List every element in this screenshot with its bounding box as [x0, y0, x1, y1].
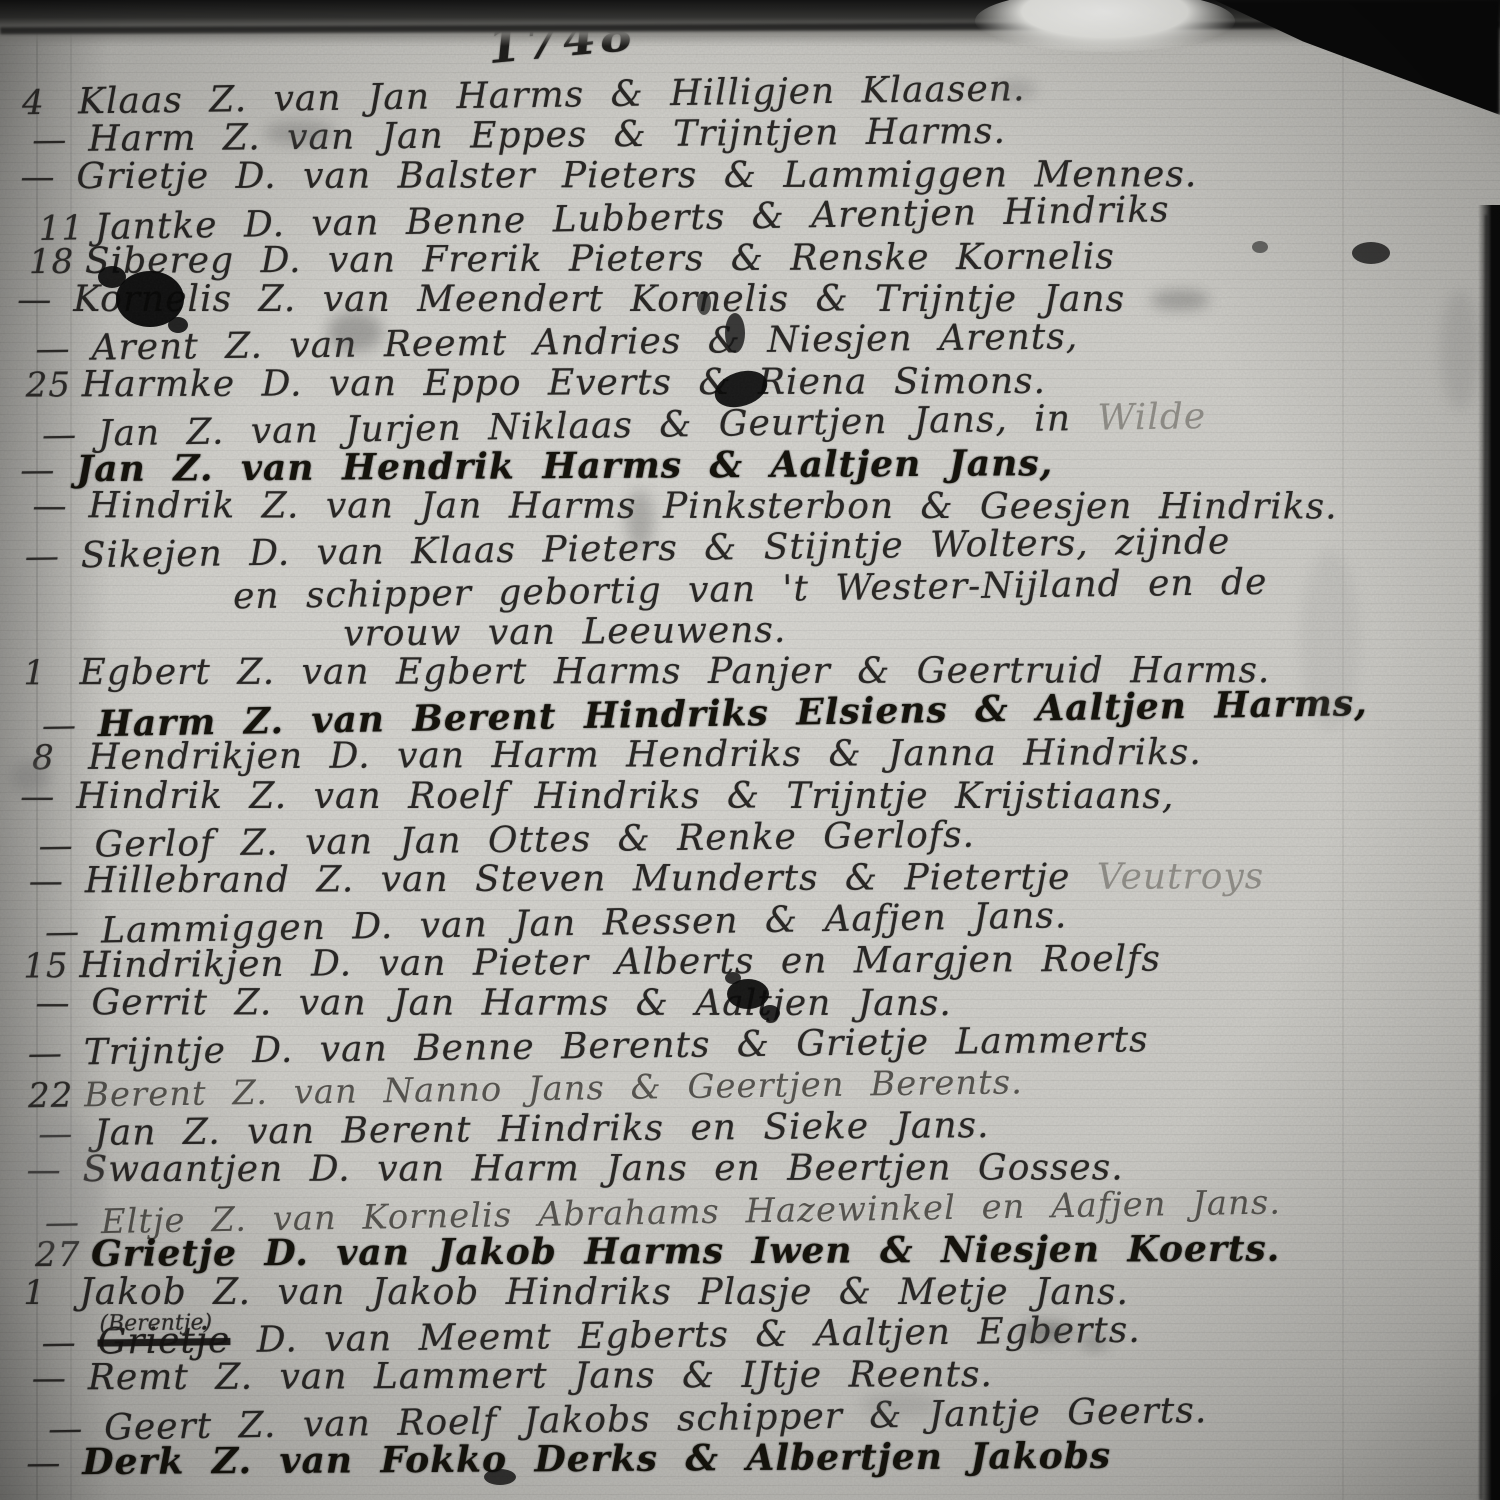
- entry-text: Derk Z. van Fokko Derks & Albertjen Jako…: [82, 1436, 1111, 1483]
- entry-text: Jan Z. van Hendrik Harms & Aaltjen Jans,: [76, 443, 1053, 490]
- entry-text: Hindrik Z. van Jan Harms Pinksterbon & G…: [88, 485, 1337, 527]
- margin-day-number: 1: [23, 1273, 79, 1314]
- margin-day-number: 22: [28, 1076, 85, 1118]
- margin-day-number: —: [32, 1358, 88, 1400]
- entry-text-segment: Wilde: [1097, 396, 1206, 439]
- entry-text: Kornelis Z. van Meendert Kornelis & Trij…: [73, 279, 1125, 320]
- entry-text-segment: Kornelis Z. van Meendert Kornelis & Trij…: [73, 279, 1125, 320]
- margin-day-number: —: [32, 486, 88, 527]
- register-entry: 18Sibereg D. van Frerik Pieters & Renske…: [29, 234, 1499, 282]
- entry-list: 4Klaas Z. van Jan Harms & Hilligjen Klaa…: [22, 67, 1500, 1483]
- entry-text-segment: Remt Z. van Lammert Jans & IJtje Reents.: [88, 1354, 993, 1398]
- entry-text: Harmke D. van Eppo Everts & Riena Simons…: [82, 361, 1046, 405]
- entry-text-segment: Harmke D. van Eppo Everts & Riena Simons…: [82, 361, 1046, 405]
- margin-day-number: 1: [23, 654, 79, 696]
- entry-text-segment: Hindrik Z. van Jan Harms Pinksterbon & G…: [88, 485, 1337, 527]
- register-entry: 8Hendrikjen D. van Harm Hendriks & Janna…: [32, 731, 1500, 779]
- margin-day-number: —: [29, 862, 85, 904]
- entry-text-segment: Hillebrand Z. van Steven Munderts & Piet…: [85, 857, 1097, 902]
- register-entry: 27Grietje D. van Jakob Harms Iwen & Nies…: [35, 1228, 1500, 1276]
- margin-day-number: 25: [26, 365, 82, 407]
- entry-text: Hindrikjen D. van Pieter Alberts en Marg…: [79, 939, 1161, 987]
- entry-text-segment: Hindrikjen D. van Pieter Alberts en Marg…: [79, 939, 1161, 987]
- entry-text-segment: Hendrikjen D. van Harm Hendriks & Janna …: [88, 732, 1202, 778]
- entry-text-segment: Gerrit Z. van Jan Harms & Aaltjen Jans.: [92, 982, 952, 1024]
- margin-day-number: —: [20, 157, 76, 199]
- entry-text: vrouw van Leeuwens.: [343, 610, 786, 655]
- entry-text: Hindrik Z. van Roelf Hindriks & Trijntje…: [76, 776, 1174, 817]
- margin-day-number: —: [27, 1150, 83, 1192]
- entry-text: Jakob Z. van Jakob Hindriks Plasje & Met…: [79, 1272, 1129, 1313]
- entry-text-segment: Grietje D. van Jakob Harms Iwen & Niesje…: [91, 1228, 1280, 1275]
- entry-text-segment: Sibereg D. van Frerik Pieters & Renske K…: [85, 236, 1115, 281]
- margin-day-number: —: [36, 983, 92, 1024]
- entry-text: Harm Z. van Jan Eppes & Trijntjen Harms.: [88, 111, 1006, 160]
- register-entry: 15Hindrikjen D. van Pieter Alberts en Ma…: [23, 937, 1493, 987]
- year-heading: 1748: [485, 6, 640, 75]
- margin-day-number: 18: [29, 241, 85, 283]
- entry-text-segment: Derk Z. van Fokko Derks & Albertjen Jako…: [82, 1435, 1111, 1483]
- entry-text: Swaantjen D. van Harm Jans en Beertjen G…: [83, 1147, 1124, 1190]
- entry-text: Sibereg D. van Frerik Pieters & Renske K…: [85, 236, 1115, 281]
- margin-day-number: —: [20, 777, 76, 818]
- margin-day-number: —: [28, 1033, 85, 1075]
- scanned-register-photo: 1748 4Klaas Z. van Jan Harms & Hilligjen…: [0, 0, 1500, 1500]
- entry-text: Jan Z. van Berent Hindriks en Sieke Jans…: [94, 1105, 989, 1154]
- entry-text-segment: vrouw van Leeuwens.: [343, 610, 786, 655]
- margin-day-number: —: [25, 537, 82, 579]
- register-entry: —Derk Z. van Fokko Derks & Albertjen Jak…: [26, 1433, 1496, 1483]
- margin-day-number: [177, 608, 233, 609]
- entry-text-segment: Harm Z. van Jan Eppes & Trijntjen Harms.: [88, 111, 1006, 160]
- margin-day-number: —: [26, 1443, 82, 1485]
- entry-text-segment: Grietje D. van Balster Pieters & Lammigg…: [76, 154, 1197, 197]
- manuscript-page: 1748 4Klaas Z. van Jan Harms & Hilligjen…: [0, 0, 1500, 1500]
- margin-day-number: 8: [32, 738, 88, 780]
- margin-day-number: 27: [35, 1235, 91, 1277]
- correction-annotation: (Berentje): [99, 1302, 212, 1345]
- entry-text: Remt Z. van Lammert Jans & IJtje Reents.: [88, 1354, 993, 1398]
- entry-text-segment: Jakob Z. van Jakob Hindriks Plasje & Met…: [79, 1272, 1129, 1313]
- entry-text-segment: Jan Z. van Hendrik Harms & Aaltjen Jans,: [76, 442, 1053, 490]
- entry-text: Hendrikjen D. van Harm Hendriks & Janna …: [88, 732, 1202, 778]
- entry-text-segment: Swaantjen D. van Harm Jans en Beertjen G…: [83, 1147, 1124, 1190]
- margin-day-number: —: [17, 280, 73, 321]
- entry-text: Gerrit Z. van Jan Harms & Aaltjen Jans.: [92, 982, 952, 1024]
- entry-text: Grietje D. van Jakob Harms Iwen & Niesje…: [91, 1229, 1280, 1275]
- entry-text-segment: Jan Z. van Berent Hindriks en Sieke Jans…: [94, 1105, 989, 1154]
- register-entry: —Jan Z. van Hendrik Harms & Aaltjen Jans…: [20, 440, 1490, 490]
- entry-text-segment: D. van Meemt Egberts & Aaltjen Egberts.: [230, 1309, 1141, 1360]
- entry-text-segment: Hindrik Z. van Roelf Hindriks & Trijntje…: [76, 776, 1174, 817]
- entry-text: Grietje D. van Balster Pieters & Lammigg…: [76, 154, 1197, 197]
